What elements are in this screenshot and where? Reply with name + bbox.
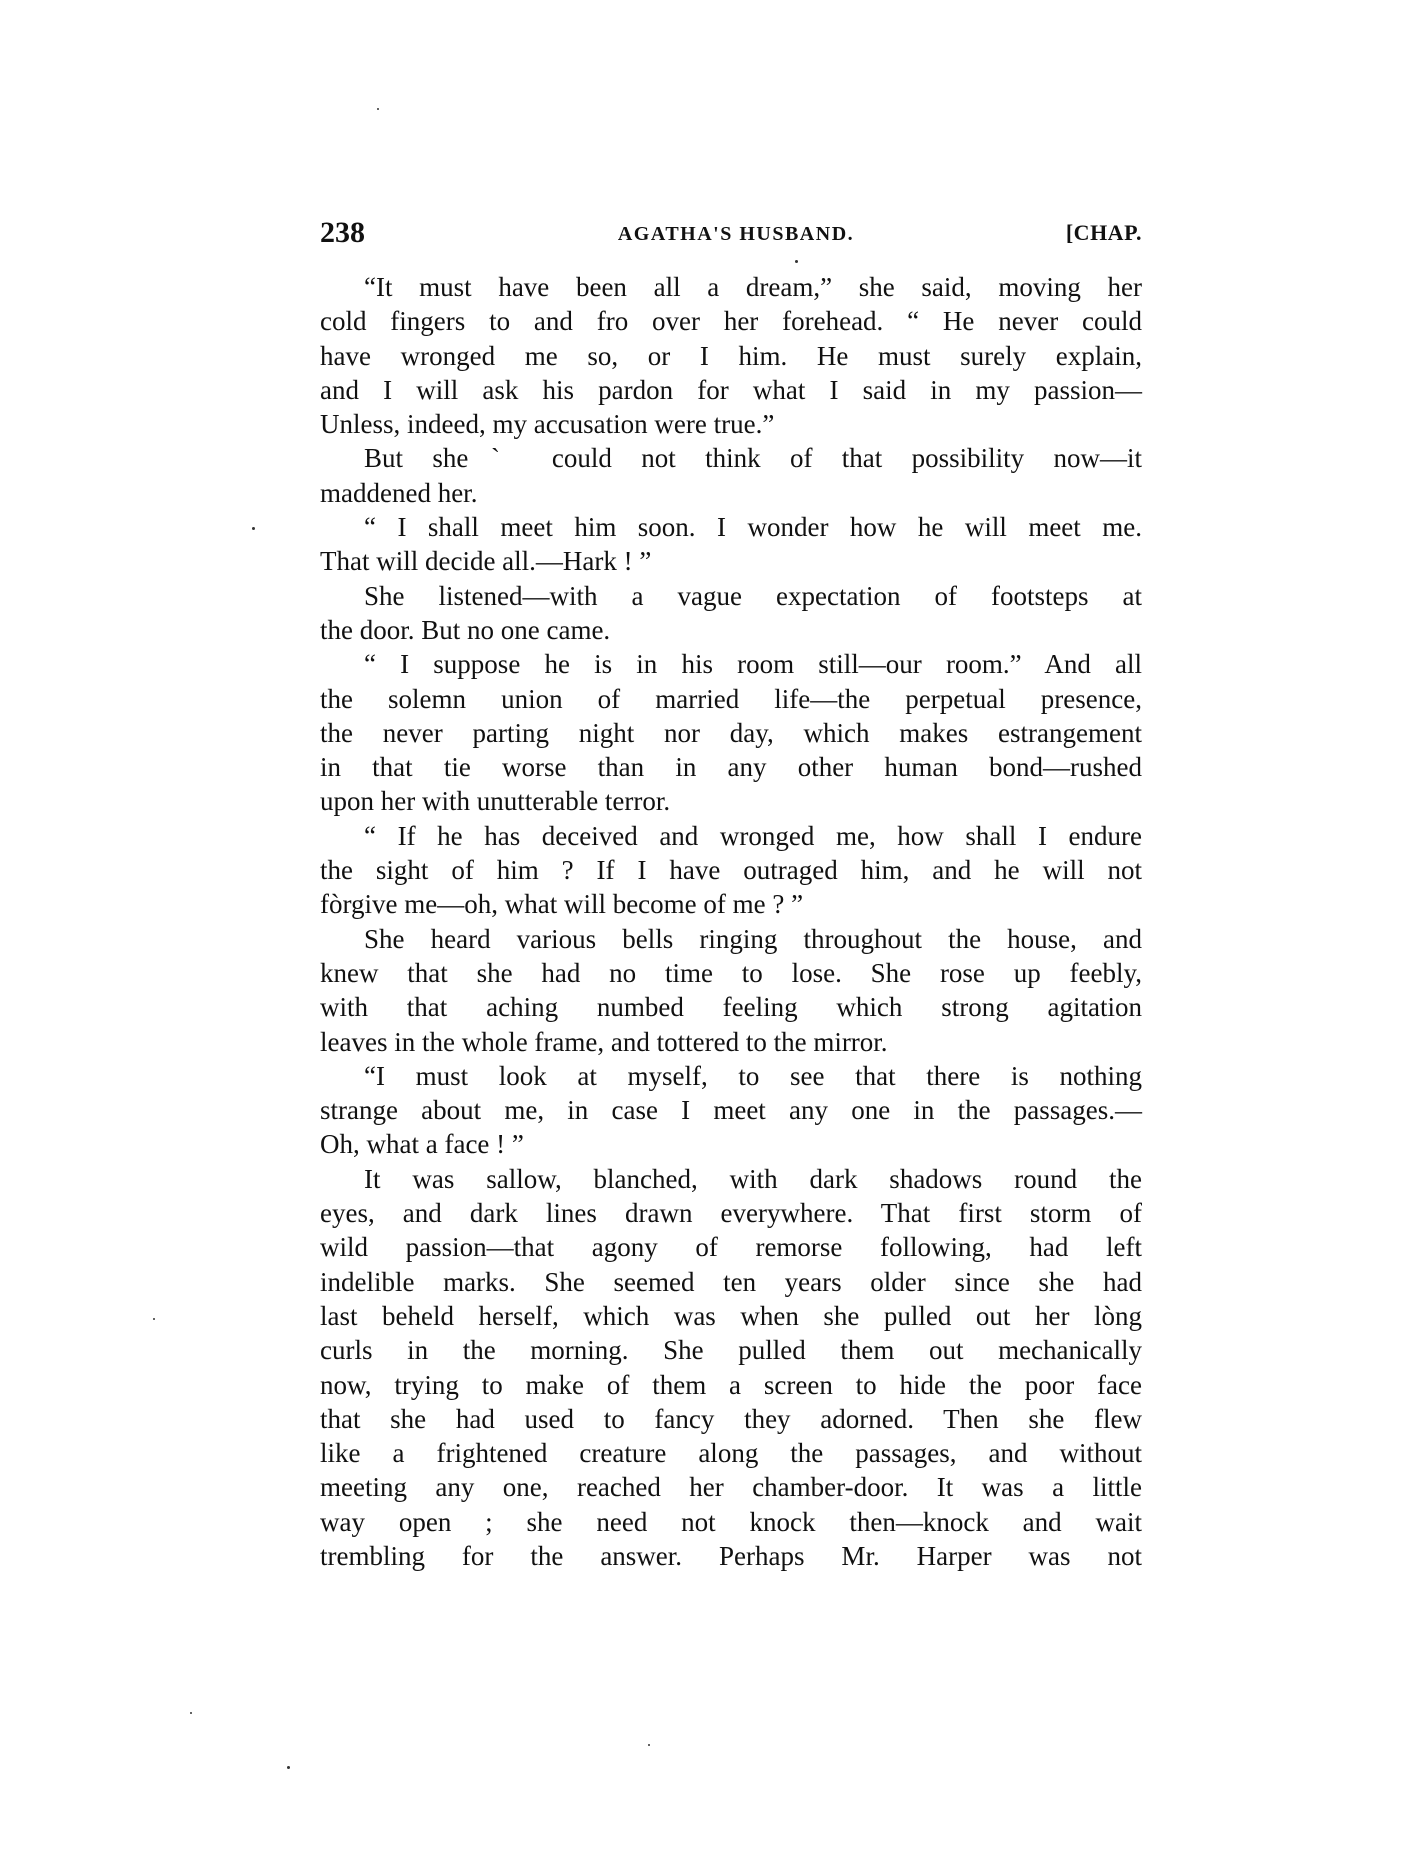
text-line: fòrgive me—oh, what will become of me ? … (320, 887, 1142, 921)
text-line: the solemn union of married life—the per… (320, 682, 1142, 716)
text-line: the door. But no one came. (320, 613, 1142, 647)
text-line: upon her with unutterable terror. (320, 784, 1142, 818)
text-line: last beheld herself, which was when she … (320, 1299, 1142, 1333)
text-line: the sight of him ? If I have outraged hi… (320, 853, 1142, 887)
text-line: indelible marks. She seemed ten years ol… (320, 1265, 1142, 1299)
scan-speck (252, 527, 255, 530)
paragraph: “I must look at myself, to see that ther… (320, 1059, 1142, 1162)
text-line: It was sallow, blanched, with dark shado… (320, 1162, 1142, 1196)
scan-speck (795, 260, 798, 263)
text-line: the never parting night nor day, which m… (320, 716, 1142, 750)
text-line: “ I suppose he is in his room still—our … (320, 647, 1142, 681)
text-line: “I must look at myself, to see that ther… (320, 1059, 1142, 1093)
paragraph: It was sallow, blanched, with dark shado… (320, 1162, 1142, 1574)
text-line: maddened her. (320, 476, 1142, 510)
text-line: have wronged me so, or I him. He must su… (320, 339, 1142, 373)
text-line: “ I shall meet him soon. I wonder how he… (320, 510, 1142, 544)
paragraph: She heard various bells ringing througho… (320, 922, 1142, 1059)
text-line: knew that she had no time to lose. She r… (320, 956, 1142, 990)
text-line: eyes, and dark lines drawn everywhere. T… (320, 1196, 1142, 1230)
paragraph: “It must have been all a dream,” she sai… (320, 270, 1142, 441)
text-line: Unless, indeed, my accusation were true.… (320, 407, 1142, 441)
text-line: That will decide all.—Hark ! ” (320, 544, 1142, 578)
running-head: 238 AGATHA'S HUSBAND. [CHAP. (320, 216, 1142, 256)
text-line: Oh, what a face ! ” (320, 1127, 1142, 1161)
text-line: She listened—with a vague expectation of… (320, 579, 1142, 613)
paragraph: “ I shall meet him soon. I wonder how he… (320, 510, 1142, 579)
scan-speck (287, 1766, 290, 1769)
paragraph: She listened—with a vague expectation of… (320, 579, 1142, 648)
text-line: in that tie worse than in any other huma… (320, 750, 1142, 784)
text-line: now, trying to make of them a screen to … (320, 1368, 1142, 1402)
paragraph: But sheˋ could not think of that possibi… (320, 441, 1142, 510)
book-page: 238 AGATHA'S HUSBAND. [CHAP. “It must ha… (0, 0, 1402, 1851)
text-line: like a frightened creature along the pas… (320, 1436, 1142, 1470)
scan-speck (377, 108, 379, 110)
text-line: that she had used to fancy they adorned.… (320, 1402, 1142, 1436)
text-line: way open ; she need not knock then—knock… (320, 1505, 1142, 1539)
book-title: AGATHA'S HUSBAND. (320, 223, 1142, 246)
scan-speck (190, 1712, 192, 1714)
text-line: wild passion—that agony of remorse follo… (320, 1230, 1142, 1264)
text-line: curls in the morning. She pulled them ou… (320, 1333, 1142, 1367)
scan-speck (648, 1744, 650, 1746)
text-line: with that aching numbed feeling which st… (320, 990, 1142, 1024)
text-line: leaves in the whole frame, and tottered … (320, 1025, 1142, 1059)
text-line: “ If he has deceived and wronged me, how… (320, 819, 1142, 853)
text-line: She heard various bells ringing througho… (320, 922, 1142, 956)
chapter-mark: [CHAP. (1066, 220, 1142, 246)
paragraph: “ I suppose he is in his room still—our … (320, 647, 1142, 818)
text-line: strange about me, in case I meet any one… (320, 1093, 1142, 1127)
scan-speck (153, 1318, 155, 1320)
text-line: But sheˋ could not think of that possibi… (320, 441, 1142, 475)
body-text: “It must have been all a dream,” she sai… (320, 270, 1142, 1573)
paragraph: “ If he has deceived and wronged me, how… (320, 819, 1142, 922)
text-line: and I will ask his pardon for what I sai… (320, 373, 1142, 407)
text-line: meeting any one, reached her chamber-doo… (320, 1470, 1142, 1504)
text-line: trembling for the answer. Perhaps Mr. Ha… (320, 1539, 1142, 1573)
text-line: “It must have been all a dream,” she sai… (320, 270, 1142, 304)
text-line: cold fingers to and fro over her forehea… (320, 304, 1142, 338)
